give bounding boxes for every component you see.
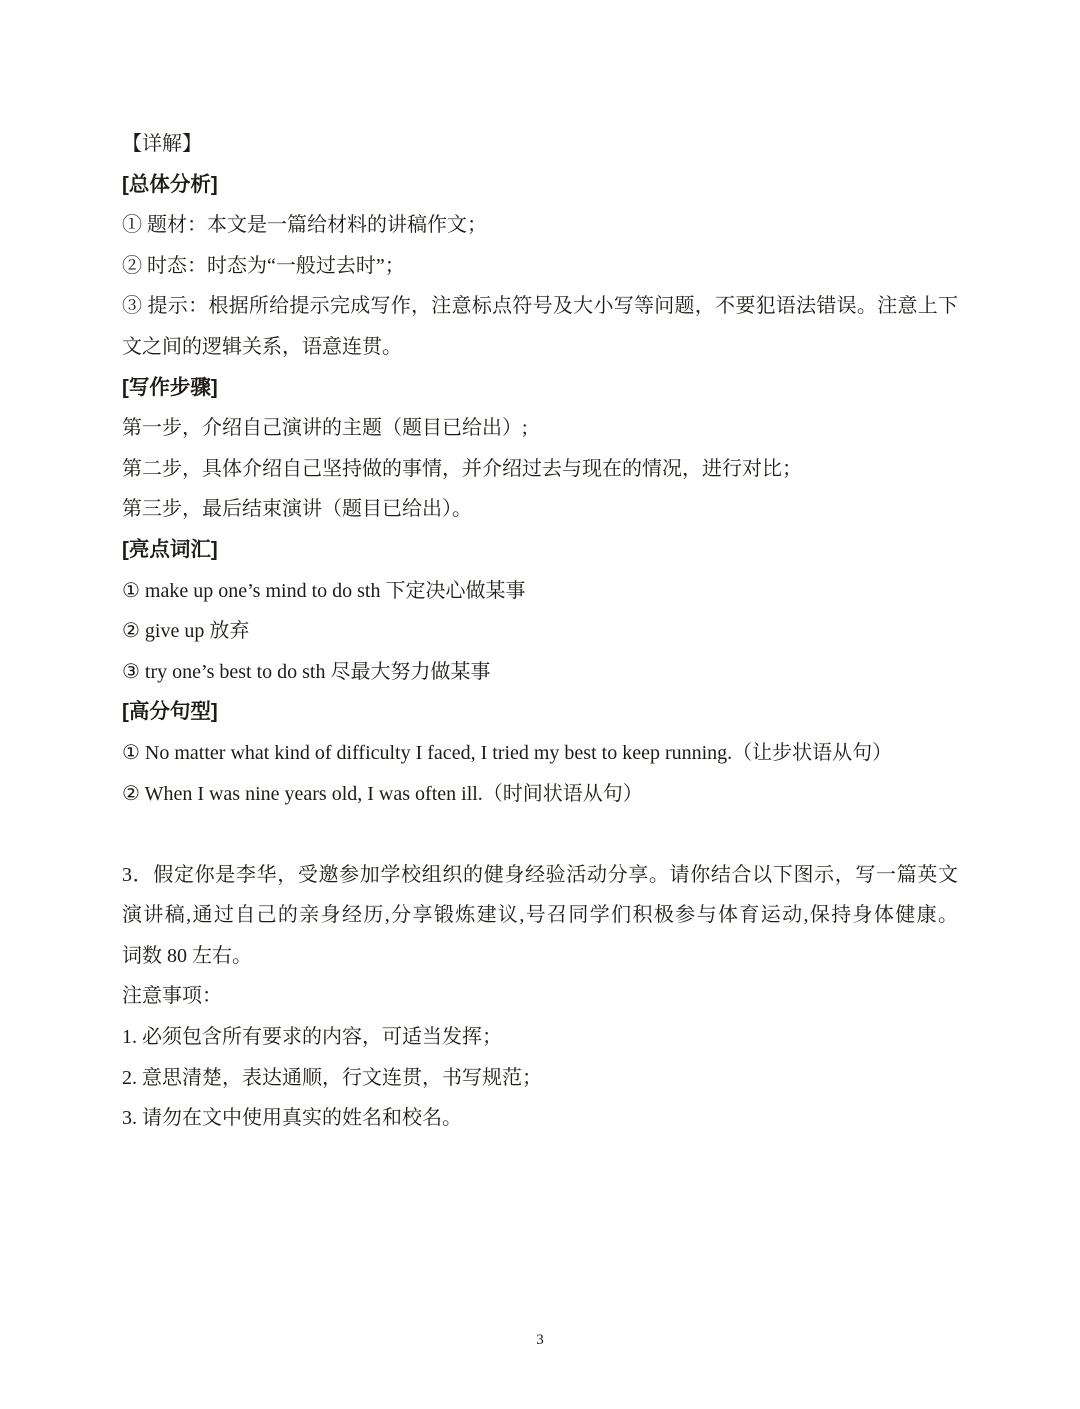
analysis-item-tense: ② 时态：时态为“一般过去时”； (122, 246, 958, 287)
page-number: 3 (0, 1330, 1080, 1350)
note-item-3: 3. 请勿在文中使用真实的姓名和校名。 (122, 1098, 958, 1139)
blank-line (122, 814, 958, 855)
sentence-pattern-2: ② When I was nine years old, I was often… (122, 774, 958, 815)
analysis-item-hint-line-1: ③ 提示：根据所给提示完成写作，注意标点符号及大小写等问题，不要犯语法错误。注意… (122, 286, 958, 327)
notes-title: 注意事项： (122, 976, 958, 1017)
task-3-word-count: 词数 80 左右。 (122, 936, 958, 977)
vocabulary-item-2: ② give up 放弃 (122, 611, 958, 652)
heading-high-score-sentences: [高分句型] (122, 692, 958, 733)
analysis-item-genre: ① 题材：本文是一篇给材料的讲稿作文； (122, 205, 958, 246)
heading-overall-analysis: [总体分析] (122, 165, 958, 206)
writing-step-3: 第三步，最后结束演讲（题目已给出）。 (122, 489, 958, 530)
task-3-prompt-line-2: 演讲稿,通过自己的亲身经历,分享锻炼建议,号召同学们积极参与体育运动,保持身体健… (122, 895, 958, 936)
analysis-item-hint-line-2: 文之间的逻辑关系，语意连贯。 (122, 327, 958, 368)
vocabulary-item-1: ① make up one’s mind to do sth 下定决心做某事 (122, 571, 958, 612)
writing-step-2: 第二步，具体介绍自己坚持做的事情，并介绍过去与现在的情况，进行对比； (122, 449, 958, 490)
note-item-1: 1. 必须包含所有要求的内容，可适当发挥； (122, 1017, 958, 1058)
section-title-detailed-explanation: 【详解】 (122, 124, 958, 165)
note-item-2: 2. 意思清楚，表达通顺，行文连贯，书写规范； (122, 1058, 958, 1099)
heading-writing-steps: [写作步骤] (122, 368, 958, 409)
vocabulary-item-3: ③ try one’s best to do sth 尽最大努力做某事 (122, 652, 958, 693)
document-page: 【详解】 [总体分析] ① 题材：本文是一篇给材料的讲稿作文； ② 时态：时态为… (0, 0, 1080, 1409)
writing-step-1: 第一步，介绍自己演讲的主题（题目已给出）; (122, 408, 958, 449)
document-body: 【详解】 [总体分析] ① 题材：本文是一篇给材料的讲稿作文； ② 时态：时态为… (122, 124, 958, 1139)
task-3-prompt-line-1: 3．假定你是李华，受邀参加学校组织的健身经验活动分享。请你结合以下图示，写一篇英… (122, 855, 958, 896)
sentence-pattern-1: ① No matter what kind of difficulty I fa… (122, 733, 958, 774)
heading-highlight-vocabulary: [亮点词汇] (122, 530, 958, 571)
